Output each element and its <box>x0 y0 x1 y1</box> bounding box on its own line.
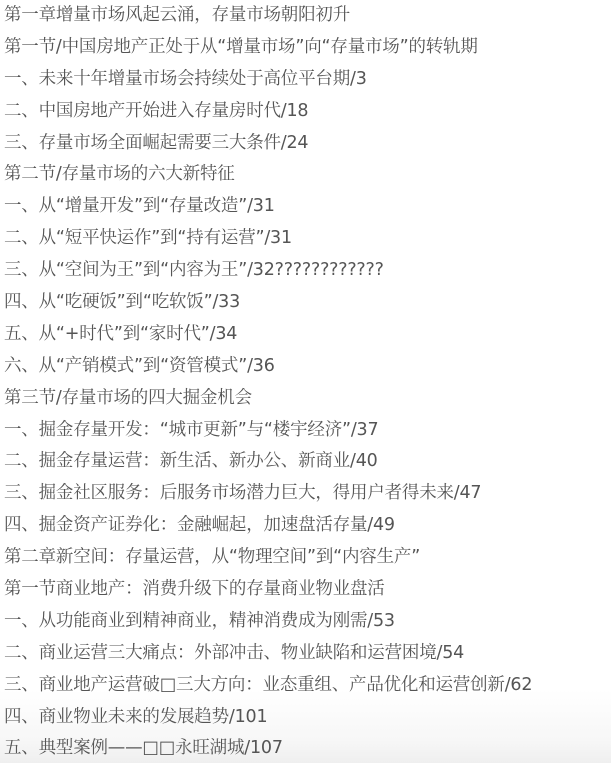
toc-chapter-2: 第二章新空间：存量运营，从“物理空间”到“内容生产” <box>4 542 532 574</box>
toc-item: 二、中国房地产开始进入存量房时代/18 <box>4 96 532 128</box>
toc-item: 三、存量市场全面崛起需要三大条件/24 <box>4 128 532 160</box>
toc-section-1-3: 第三节/存量市场的四大掘金机会 <box>4 383 532 415</box>
toc-chapter-1: 第一章增量市场风起云涌，存量市场朝阳初升 <box>4 0 532 32</box>
toc-item: 一、掘金存量开发：“城市更新”与“楼宇经济”/37 <box>4 415 532 447</box>
toc-item: 四、商业物业未来的发展趋势/101 <box>4 702 532 734</box>
toc-item: 五、从“+时代”到“家时代”/34 <box>4 319 532 351</box>
toc-item: 四、掘金资产证券化：金融崛起，加速盘活存量/49 <box>4 510 532 542</box>
table-of-contents: 第一章增量市场风起云涌，存量市场朝阳初升 第一节/中国房地产正处于从“增量市场”… <box>4 0 532 763</box>
toc-item: 二、掘金存量运营：新生活、新办公、新商业/40 <box>4 446 532 478</box>
toc-item: 三、掘金社区服务：后服务市场潜力巨大，得用户者得未来/47 <box>4 478 532 510</box>
toc-item: 三、从“空间为王”到“内容为王”/32???????????? <box>4 255 532 287</box>
toc-item: 一、从功能商业到精神商业，精神消费成为刚需/53 <box>4 606 532 638</box>
toc-item: 六、从“产销模式”到“资管模式”/36 <box>4 351 532 383</box>
document-page: 第一章增量市场风起云涌，存量市场朝阳初升 第一节/中国房地产正处于从“增量市场”… <box>0 0 611 763</box>
toc-section-1-1: 第一节/中国房地产正处于从“增量市场”向“存量市场”的转轨期 <box>4 32 532 64</box>
toc-item: 四、从“吃硬饭”到“吃软饭”/33 <box>4 287 532 319</box>
toc-item: 一、未来十年增量市场会持续处于高位平台期/3 <box>4 64 532 96</box>
toc-section-1-2: 第二节/存量市场的六大新特征 <box>4 159 532 191</box>
toc-item: 五、典型案例——□□永旺湖城/107 <box>4 733 532 763</box>
toc-item: 二、商业运营三大痛点：外部冲击、物业缺陷和运营困境/54 <box>4 638 532 670</box>
toc-item: 二、从“短平快运作”到“持有运营”/31 <box>4 223 532 255</box>
toc-section-2-1: 第一节商业地产：消费升级下的存量商业物业盘活 <box>4 574 532 606</box>
toc-item: 三、商业地产运营破□三大方向：业态重组、产品优化和运营创新/62 <box>4 670 532 702</box>
toc-item: 一、从“增量开发”到“存量改造”/31 <box>4 191 532 223</box>
